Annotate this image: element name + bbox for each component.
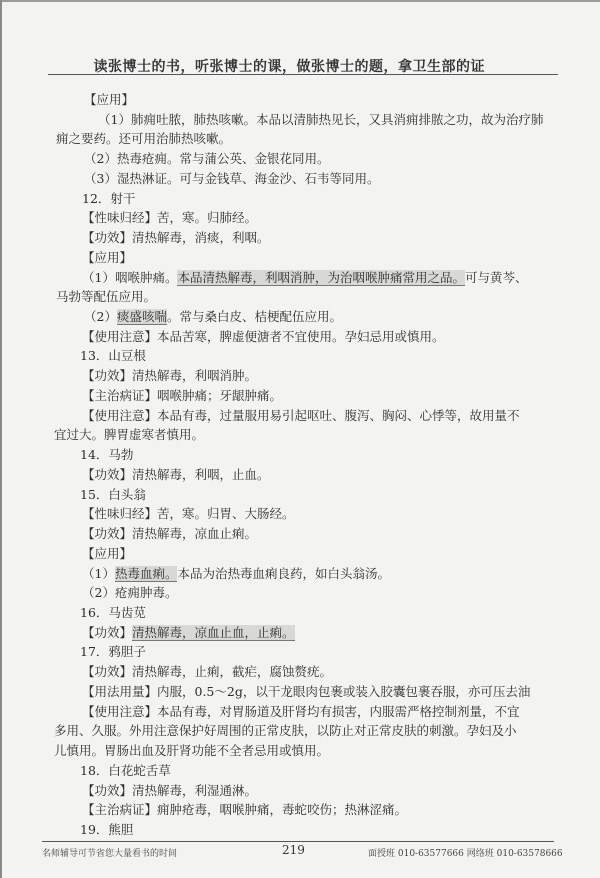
text-span: 【主治病证】痈肿疮毒，咽喉肿痛，毒蛇咬伤；热淋涩痛。 <box>82 802 407 817</box>
text-span: （3）湿热淋证。可与金钱草、海金沙、石韦等同用。 <box>84 171 379 186</box>
text-span: 【使用注意】本品有毒，对胃肠道及肝肾均有损害，内服需严格控制剂量，不宜 <box>82 704 520 719</box>
text-span: 【功效】清热解毒，凉血止痢。 <box>82 526 257 541</box>
highlighted-text: 清热解毒，凉血止血，止痢。 <box>132 625 295 641</box>
text-span: 【使用注意】本品有毒，过量服用易引起呕吐、腹泻、胸闷、心悸等，故用量不 <box>82 408 520 423</box>
text-span: （2） <box>84 309 117 324</box>
text-line: （2）疮痈肿毒。 <box>82 585 177 601</box>
text-line: 15．白头翁 <box>80 487 146 503</box>
text-span: （1）肺痈吐脓，肺热咳嗽。本品以清肺热见长，又具消痈排脓之功，故为治疗肺 <box>98 112 543 127</box>
text-line: 【使用注意】本品苦寒，脾虚便溏者不宜使用。孕妇忌用或慎用。 <box>82 329 445 345</box>
text-line: 13．山豆根 <box>80 348 146 364</box>
text-line: 【应用】 <box>84 92 134 108</box>
text-line: 痈之要药。还可用治肺热咳嗽。 <box>56 131 231 147</box>
text-span: 16．马齿苋 <box>80 605 146 620</box>
page-edge-left <box>0 0 2 878</box>
text-span: 15．白头翁 <box>80 487 146 502</box>
text-span: （1） <box>82 566 115 581</box>
highlighted-text: 痰盛咳喘 <box>117 309 167 325</box>
highlighted-text: 热毒血痢。 <box>115 566 178 582</box>
text-line: 【使用注意】本品有毒，过量服用易引起呕吐、腹泻、胸闷、心悸等，故用量不 <box>82 408 520 424</box>
text-line: 【应用】 <box>82 546 132 562</box>
text-span: 多用、久服。外用注意保护好周围的正常皮肤，以防止对正常皮肤的刺激。孕妇及小 <box>54 723 517 738</box>
text-line: 12．射干 <box>82 191 135 207</box>
text-line: 18．白花蛇舌草 <box>80 763 171 779</box>
text-span: （2）热毒疮痈。常与蒲公英、金银花同用。 <box>84 151 329 166</box>
text-span: 。常与桑白皮、桔梗配伍应用。 <box>167 309 342 324</box>
text-span: （1）咽喉肿痛。 <box>82 270 177 285</box>
text-line: 【功效】清热解毒，凉血止痢。 <box>82 526 257 542</box>
header-rule <box>48 74 558 75</box>
text-span: 【应用】 <box>82 250 132 265</box>
text-line: 【用法用量】内服，0.5～2g，以干龙眼肉包裹或装入胶囊包裹吞服，亦可压去油 <box>82 684 530 700</box>
highlighted-text: 本品清热解毒，利咽消肿，为治咽喉肿痛常用之品。 <box>177 270 465 286</box>
text-span: 【功效】清热解毒，止痢，截疟，腐蚀赘疣。 <box>82 664 332 679</box>
text-span: 可与黄芩、 <box>465 270 528 285</box>
text-span: 14．马勃 <box>80 447 133 462</box>
text-span: 13．山豆根 <box>80 348 146 363</box>
text-line: （1）肺痈吐脓，肺热咳嗽。本品以清肺热见长，又具消痈排脓之功，故为治疗肺 <box>98 112 543 128</box>
text-span: 12．射干 <box>82 191 135 206</box>
text-line: 19．熊胆 <box>80 822 133 838</box>
text-line: 马勃等配伍应用。 <box>56 289 156 305</box>
text-span: 【功效】清热解毒，利湿通淋。 <box>82 783 257 798</box>
text-span: 【性味归经】苦，寒。归肺经。 <box>82 210 257 225</box>
text-line: 【应用】 <box>82 250 132 266</box>
text-line: 17．鸦胆子 <box>80 644 146 660</box>
text-span: 19．熊胆 <box>80 822 133 837</box>
text-span: 18．白花蛇舌草 <box>80 763 171 778</box>
text-span: 【主治病证】咽喉肿痛；牙龈肿痛。 <box>82 388 282 403</box>
text-span: 【使用注意】本品苦寒，脾虚便溏者不宜使用。孕妇忌用或慎用。 <box>82 329 445 344</box>
text-span: 【功效】 <box>82 625 132 640</box>
text-span: 【应用】 <box>82 546 132 561</box>
text-span: 17．鸦胆子 <box>80 644 146 659</box>
text-line: 【主治病证】痈肿疮毒，咽喉肿痛，毒蛇咬伤；热淋涩痛。 <box>82 802 407 818</box>
text-span: 【功效】清热解毒，利咽消肿。 <box>82 368 257 383</box>
text-line: 儿慎用。胃肠出血及肝肾功能不全者忌用或慎用。 <box>54 743 329 759</box>
text-span: 【功效】清热解毒，消痰，利咽。 <box>82 230 270 245</box>
text-line: （1）咽喉肿痛。本品清热解毒，利咽消肿，为治咽喉肿痛常用之品。可与黄芩、 <box>82 270 528 286</box>
text-span: 痈之要药。还可用治肺热咳嗽。 <box>56 131 231 146</box>
text-line: 16．马齿苋 <box>80 605 146 621</box>
text-span: 本品为治热毒血痢良药，如白头翁汤。 <box>177 566 390 581</box>
text-span: 【应用】 <box>84 92 134 107</box>
text-line: 【使用注意】本品有毒，对胃肠道及肝肾均有损害，内服需严格控制剂量，不宜 <box>82 704 520 720</box>
footer-contact: 面授班 010-63577666 网络班 010-63578666 <box>368 846 563 859</box>
text-line: 【功效】清热解毒，利湿通淋。 <box>82 783 257 799</box>
footer-slogan: 名师辅导可节省您大量看书的时间 <box>42 846 177 859</box>
text-line: 【功效】清热解毒，利咽，止血。 <box>82 467 270 483</box>
text-span: 马勃等配伍应用。 <box>56 289 156 304</box>
text-line: 14．马勃 <box>80 447 133 463</box>
page-number: 219 <box>282 843 305 857</box>
text-line: （1）热毒血痢。本品为治热毒血痢良药，如白头翁汤。 <box>82 566 390 582</box>
text-span: 【性味归经】苦，寒。归胃、大肠经。 <box>82 506 295 521</box>
text-span: 儿慎用。胃肠出血及肝肾功能不全者忌用或慎用。 <box>54 743 329 758</box>
text-line: （2）热毒疮痈。常与蒲公英、金银花同用。 <box>84 151 329 167</box>
text-line: （2）痰盛咳喘。常与桑白皮、桔梗配伍应用。 <box>84 309 342 325</box>
running-header: 读张博士的书，听张博士的课，做张博士的题，拿卫生部的证 <box>45 56 485 76</box>
text-line: 【性味归经】苦，寒。归胃、大肠经。 <box>82 506 295 522</box>
text-span: 【用法用量】内服，0.5～2g，以干龙眼肉包裹或装入胶囊包裹吞服，亦可压去油 <box>82 684 530 699</box>
text-line: 【功效】清热解毒，止痢，截疟，腐蚀赘疣。 <box>82 664 332 680</box>
text-line: 【功效】清热解毒，凉血止血，止痢。 <box>82 625 295 641</box>
text-line: 【功效】清热解毒，利咽消肿。 <box>82 368 257 384</box>
text-span: （2）疮痈肿毒。 <box>82 585 177 600</box>
text-line: 多用、久服。外用注意保护好周围的正常皮肤，以防止对正常皮肤的刺激。孕妇及小 <box>54 723 517 739</box>
text-line: 【性味归经】苦，寒。归肺经。 <box>82 210 257 226</box>
footer-rule <box>42 841 554 842</box>
text-span: 宜过大。脾胃虚寒者慎用。 <box>54 427 204 442</box>
text-line: （3）湿热淋证。可与金钱草、海金沙、石韦等同用。 <box>84 171 379 187</box>
text-line: 宜过大。脾胃虚寒者慎用。 <box>54 427 204 443</box>
page-edge-top <box>0 0 600 2</box>
text-span: 【功效】清热解毒，利咽，止血。 <box>82 467 270 482</box>
text-line: 【主治病证】咽喉肿痛；牙龈肿痛。 <box>82 388 282 404</box>
text-line: 【功效】清热解毒，消痰，利咽。 <box>82 230 270 246</box>
